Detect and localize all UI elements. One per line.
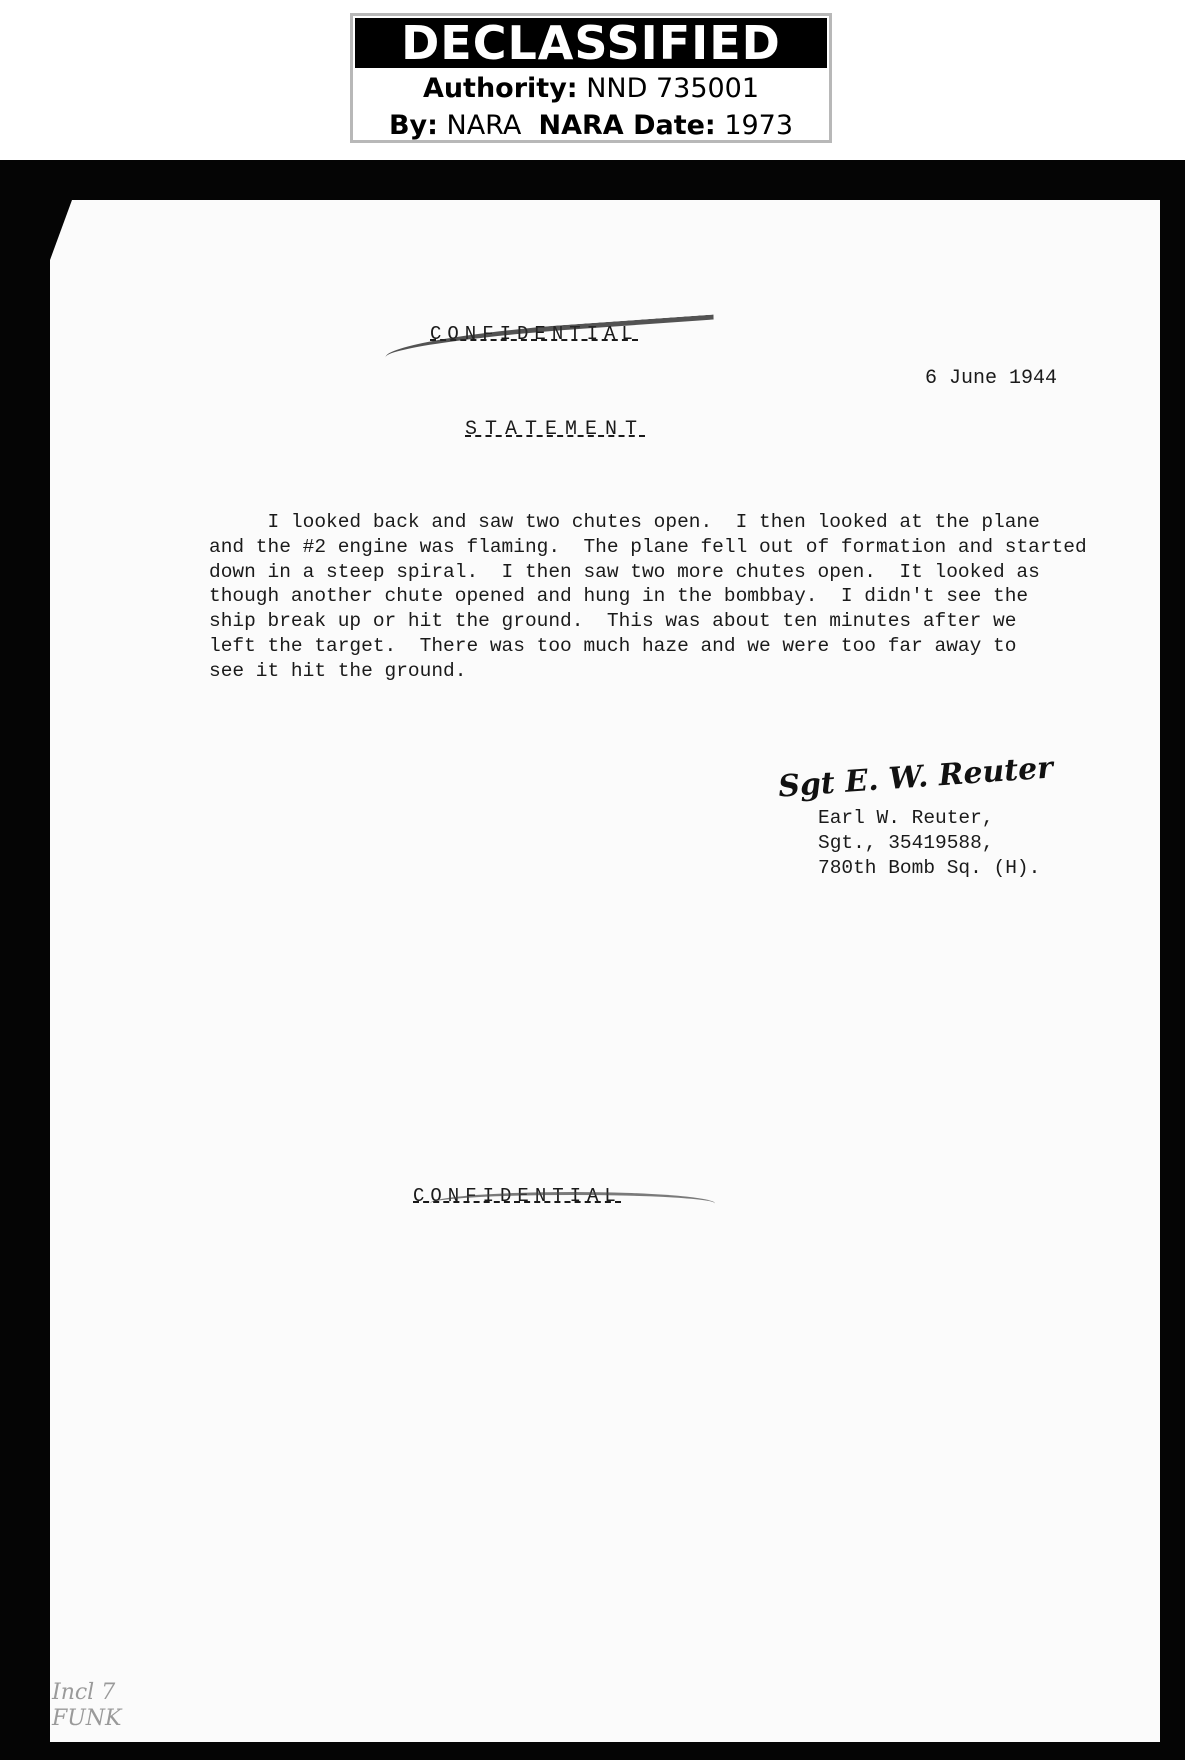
authority-label: Authority: xyxy=(423,73,578,104)
handwritten-note-line2: FUNK xyxy=(52,1706,122,1732)
stamp-area: DECLASSIFIED Authority: NND 735001 By: N… xyxy=(0,0,1185,160)
signer-rank: Sgt., 35419588, xyxy=(818,831,1040,856)
stamp-authority: Authority: NND 735001 xyxy=(353,70,829,107)
nara-date-label: NARA Date: xyxy=(539,110,716,141)
statement-body: I looked back and saw two chutes open. I… xyxy=(209,510,1109,684)
stamp-by: By: NARA NARA Date: 1973 xyxy=(353,107,829,144)
document-date: 6 June 1944 xyxy=(925,367,1057,390)
strikethrough-mark-bottom xyxy=(430,1192,715,1215)
declassified-stamp: DECLASSIFIED Authority: NND 735001 By: N… xyxy=(350,13,832,143)
nara-date-value: 1973 xyxy=(724,110,793,141)
handwritten-note-line1: Incl 7 xyxy=(52,1680,122,1706)
signer-name: Earl W. Reuter, xyxy=(818,806,1040,831)
signature-block: Earl W. Reuter, Sgt., 35419588, 780th Bo… xyxy=(818,806,1040,881)
authority-value: NND 735001 xyxy=(586,73,759,104)
by-label: By: xyxy=(389,110,438,141)
stamp-title: DECLASSIFIED xyxy=(355,18,827,68)
document-heading: STATEMENT xyxy=(465,418,645,441)
handwritten-note: Incl 7 FUNK xyxy=(52,1680,122,1732)
by-value: NARA xyxy=(447,110,522,141)
signer-unit: 780th Bomb Sq. (H). xyxy=(818,856,1040,881)
